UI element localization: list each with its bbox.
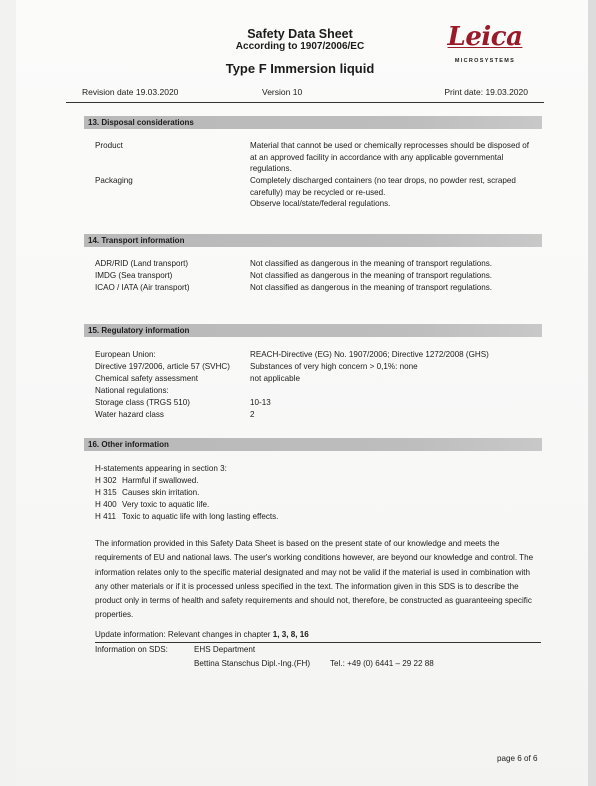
transport-imdg-label: IMDG (Sea transport): [95, 270, 172, 282]
h-text: Toxic to aquatic life with long lasting …: [122, 511, 278, 523]
section-15-header: 15. Regulatory information: [84, 324, 542, 337]
page-number: page 6 of 6: [497, 754, 538, 763]
scan-edge: [588, 0, 596, 786]
reg-svhc-value: Substances of very high concern > 0,1%: …: [250, 361, 530, 373]
product-name: Type F Immersion liquid: [150, 61, 450, 76]
print-date: Print date: 19.03.2020: [444, 87, 528, 97]
reg-water-label: Water hazard class: [95, 409, 164, 421]
disposal-product-label: Product: [95, 140, 123, 152]
update-chapters: 1, 3, 8, 16: [273, 630, 309, 639]
h-code: H 411: [95, 511, 116, 523]
info-department: EHS Department: [194, 645, 255, 654]
transport-imdg-value: Not classified as dangerous in the meani…: [250, 270, 550, 282]
info-person: Bettina Stanschus Dipl.-Ing.(FH): [194, 659, 310, 668]
reg-national-label: National regulations:: [95, 385, 169, 397]
logo-tagline: MICROSYSTEMS: [440, 58, 530, 64]
h-code: H 302: [95, 475, 117, 487]
reg-storage-label: Storage class (TRGS 510): [95, 397, 190, 409]
disposal-packaging-value: Completely discharged containers (no tea…: [250, 175, 530, 198]
update-prefix: Update information: Relevant changes in …: [95, 630, 273, 639]
h-text: Very toxic to aquatic life.: [122, 499, 209, 511]
h-code: H 400: [95, 499, 117, 511]
update-information: Update information: Relevant changes in …: [95, 630, 309, 639]
h-statements-intro: H-statements appearing in section 3:: [95, 463, 227, 475]
transport-adr-label: ADR/RID (Land transport): [95, 258, 188, 270]
document-subtitle: According to 1907/2006/EC: [150, 41, 450, 52]
section-14-header: 14. Transport information: [84, 234, 542, 247]
version: Version 10: [262, 87, 302, 97]
info-on-sds-label: Information on SDS:: [95, 645, 168, 654]
disposal-packaging-label: Packaging: [95, 175, 133, 187]
update-divider: [95, 642, 541, 643]
section-16-header: 16. Other information: [84, 438, 542, 451]
logo-wordmark: Leica: [440, 20, 530, 54]
reg-svhc-label: Directive 197/2006, article 57 (SVHC): [95, 361, 230, 373]
reg-eu-label: European Union:: [95, 349, 156, 361]
reg-csa-label: Chemical safety assessment: [95, 373, 198, 385]
leica-logo: Leica MICROSYSTEMS: [440, 20, 530, 64]
document-title: Safety Data Sheet: [150, 27, 450, 41]
reg-storage-value: 10-13: [250, 397, 530, 409]
transport-icao-value: Not classified as dangerous in the meani…: [250, 282, 550, 294]
h-text: Causes skin irritation.: [122, 487, 199, 499]
transport-icao-label: ICAO / IATA (Air transport): [95, 282, 190, 294]
disposal-packaging-note: Observe local/state/federal regulations.: [250, 198, 530, 210]
disclaimer-paragraph: The information provided in this Safety …: [95, 537, 541, 623]
section-13-header: 13. Disposal considerations: [84, 116, 542, 129]
reg-water-value: 2: [250, 409, 530, 421]
transport-adr-value: Not classified as dangerous in the meani…: [250, 258, 550, 270]
reg-eu-value: REACH-Directive (EG) No. 1907/2006; Dire…: [250, 349, 550, 361]
h-code: H 315: [95, 487, 117, 499]
revision-date: Revision date 19.03.2020: [82, 87, 178, 97]
disposal-product-value: Material that cannot be used or chemical…: [250, 140, 530, 175]
h-text: Harmful if swallowed.: [122, 475, 198, 487]
reg-csa-value: not applicable: [250, 373, 530, 385]
header-divider: [66, 102, 544, 103]
info-telephone: Tel.: +49 (0) 6441 – 29 22 88: [330, 659, 434, 668]
